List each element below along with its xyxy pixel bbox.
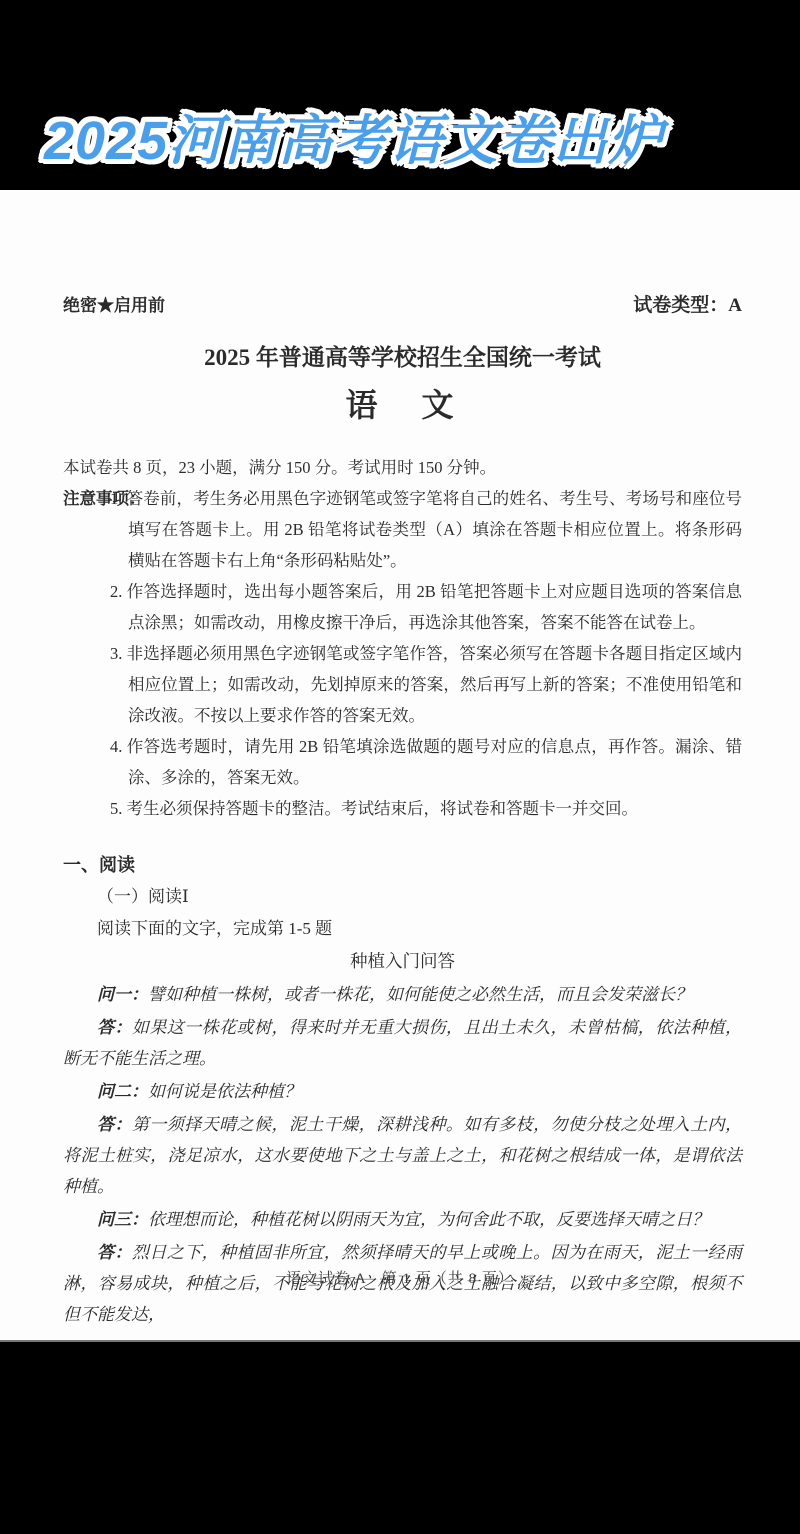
answer-2: 答：第一须择天晴之候，泥土干燥，深耕浅种。如有多枝，勿使分枝之处埋入土内，将泥土… — [63, 1109, 742, 1202]
question-1: 问一：譬如种植一株树，或者一株花，如何能使之必然生活，而且会发荣滋长？ — [63, 979, 742, 1010]
video-frame: 2025河南高考语文卷出炉 绝密★启用前 试卷类型：A 2025 年普通高等学校… — [0, 0, 800, 1534]
question-3-text: 依理想而论，种植花树以阴雨天为宜，为何舍此不取，反要选择天晴之日？ — [148, 1210, 709, 1229]
passage-title: 种植入门问答 — [63, 945, 742, 977]
exam-paper-page: 绝密★启用前 试卷类型：A 2025 年普通高等学校招生全国统一考试 语 文 本… — [0, 190, 800, 1342]
notice-item-1: 1. 答卷前，考生务必用黑色字迹钢笔或签字笔将自己的姓名、考生号、考场号和座位号… — [110, 483, 742, 576]
answer-3-label: 答： — [97, 1243, 132, 1262]
notices-label: 注意事项： — [63, 483, 146, 514]
reading-instruction: 阅读下面的文字，完成第 1-5 题 — [63, 913, 742, 945]
notice-item-2: 2. 作答选择题时，选出每小题答案后，用 2B 铅笔把答题卡上对应题目选项的答案… — [110, 576, 742, 638]
qa-block-2: 问二：如何说是依法种植？ 答：第一须择天晴之候，泥土干燥，深耕浅种。如有多枝，勿… — [63, 1076, 742, 1202]
question-1-label: 问一： — [97, 985, 148, 1004]
question-2-label: 问二： — [97, 1082, 148, 1101]
question-1-text: 譬如种植一株树，或者一株花，如何能使之必然生活，而且会发荣滋长？ — [148, 985, 692, 1004]
paper-header: 绝密★启用前 试卷类型：A — [63, 290, 742, 317]
answer-1-label: 答： — [97, 1018, 132, 1037]
question-2-text: 如何说是依法种植？ — [148, 1082, 301, 1101]
subsection-title-reading-1: （一）阅读Ⅰ — [63, 881, 742, 913]
page-footer: 语文试卷 A 第 1 页（共 8 页） — [0, 1267, 800, 1288]
notice-item-4: 4. 作答选考题时，请先用 2B 铅笔填涂选做题的题号对应的信息点，再作答。漏涂… — [110, 731, 742, 793]
notices-section: 注意事项： 1. 答卷前，考生务必用黑色字迹钢笔或签字笔将自己的姓名、考生号、考… — [63, 483, 742, 824]
question-3-label: 问三： — [97, 1210, 148, 1229]
exam-summary: 本试卷共 8 页，23 小题，满分 150 分。考试用时 150 分钟。 — [63, 452, 742, 483]
notice-item-3: 3. 非选择题必须用黑色字迹钢笔或签字笔作答，答案必须写在答题卡各题目指定区域内… — [110, 638, 742, 731]
overlay-caption-title: 2025河南高考语文卷出炉 — [44, 98, 784, 175]
question-2: 问二：如何说是依法种植？ — [63, 1076, 742, 1107]
paper-type-label: 试卷类型：A — [633, 290, 742, 317]
answer-1-text: 如果这一株花或树，得来时并无重大损伤，且出土未久，未曾枯槁，依法种植，断无不能生… — [63, 1018, 742, 1068]
subject-title: 语 文 — [63, 380, 742, 426]
security-classification-label: 绝密★启用前 — [63, 291, 165, 316]
section-title-reading: 一、阅读 — [63, 850, 742, 881]
bottom-black-band — [0, 1342, 800, 1534]
top-black-band: 2025河南高考语文卷出炉 — [0, 0, 800, 190]
answer-1: 答：如果这一株花或树，得来时并无重大损伤，且出土未久，未曾枯槁，依法种植，断无不… — [63, 1012, 742, 1074]
question-3: 问三：依理想而论，种植花树以阴雨天为宜，为何舍此不取，反要选择天晴之日？ — [63, 1204, 742, 1235]
exam-title: 2025 年普通高等学校招生全国统一考试 — [63, 339, 742, 372]
answer-2-text: 第一须择天晴之候，泥土干燥，深耕浅种。如有多枝，勿使分枝之处埋入土内，将泥土桩实… — [63, 1115, 742, 1196]
answer-2-label: 答： — [97, 1115, 132, 1134]
qa-block-1: 问一：譬如种植一株树，或者一株花，如何能使之必然生活，而且会发荣滋长？ 答：如果… — [63, 979, 742, 1074]
notice-item-5: 5. 考生必须保持答题卡的整洁。考试结束后，将试卷和答题卡一并交回。 — [110, 793, 742, 824]
